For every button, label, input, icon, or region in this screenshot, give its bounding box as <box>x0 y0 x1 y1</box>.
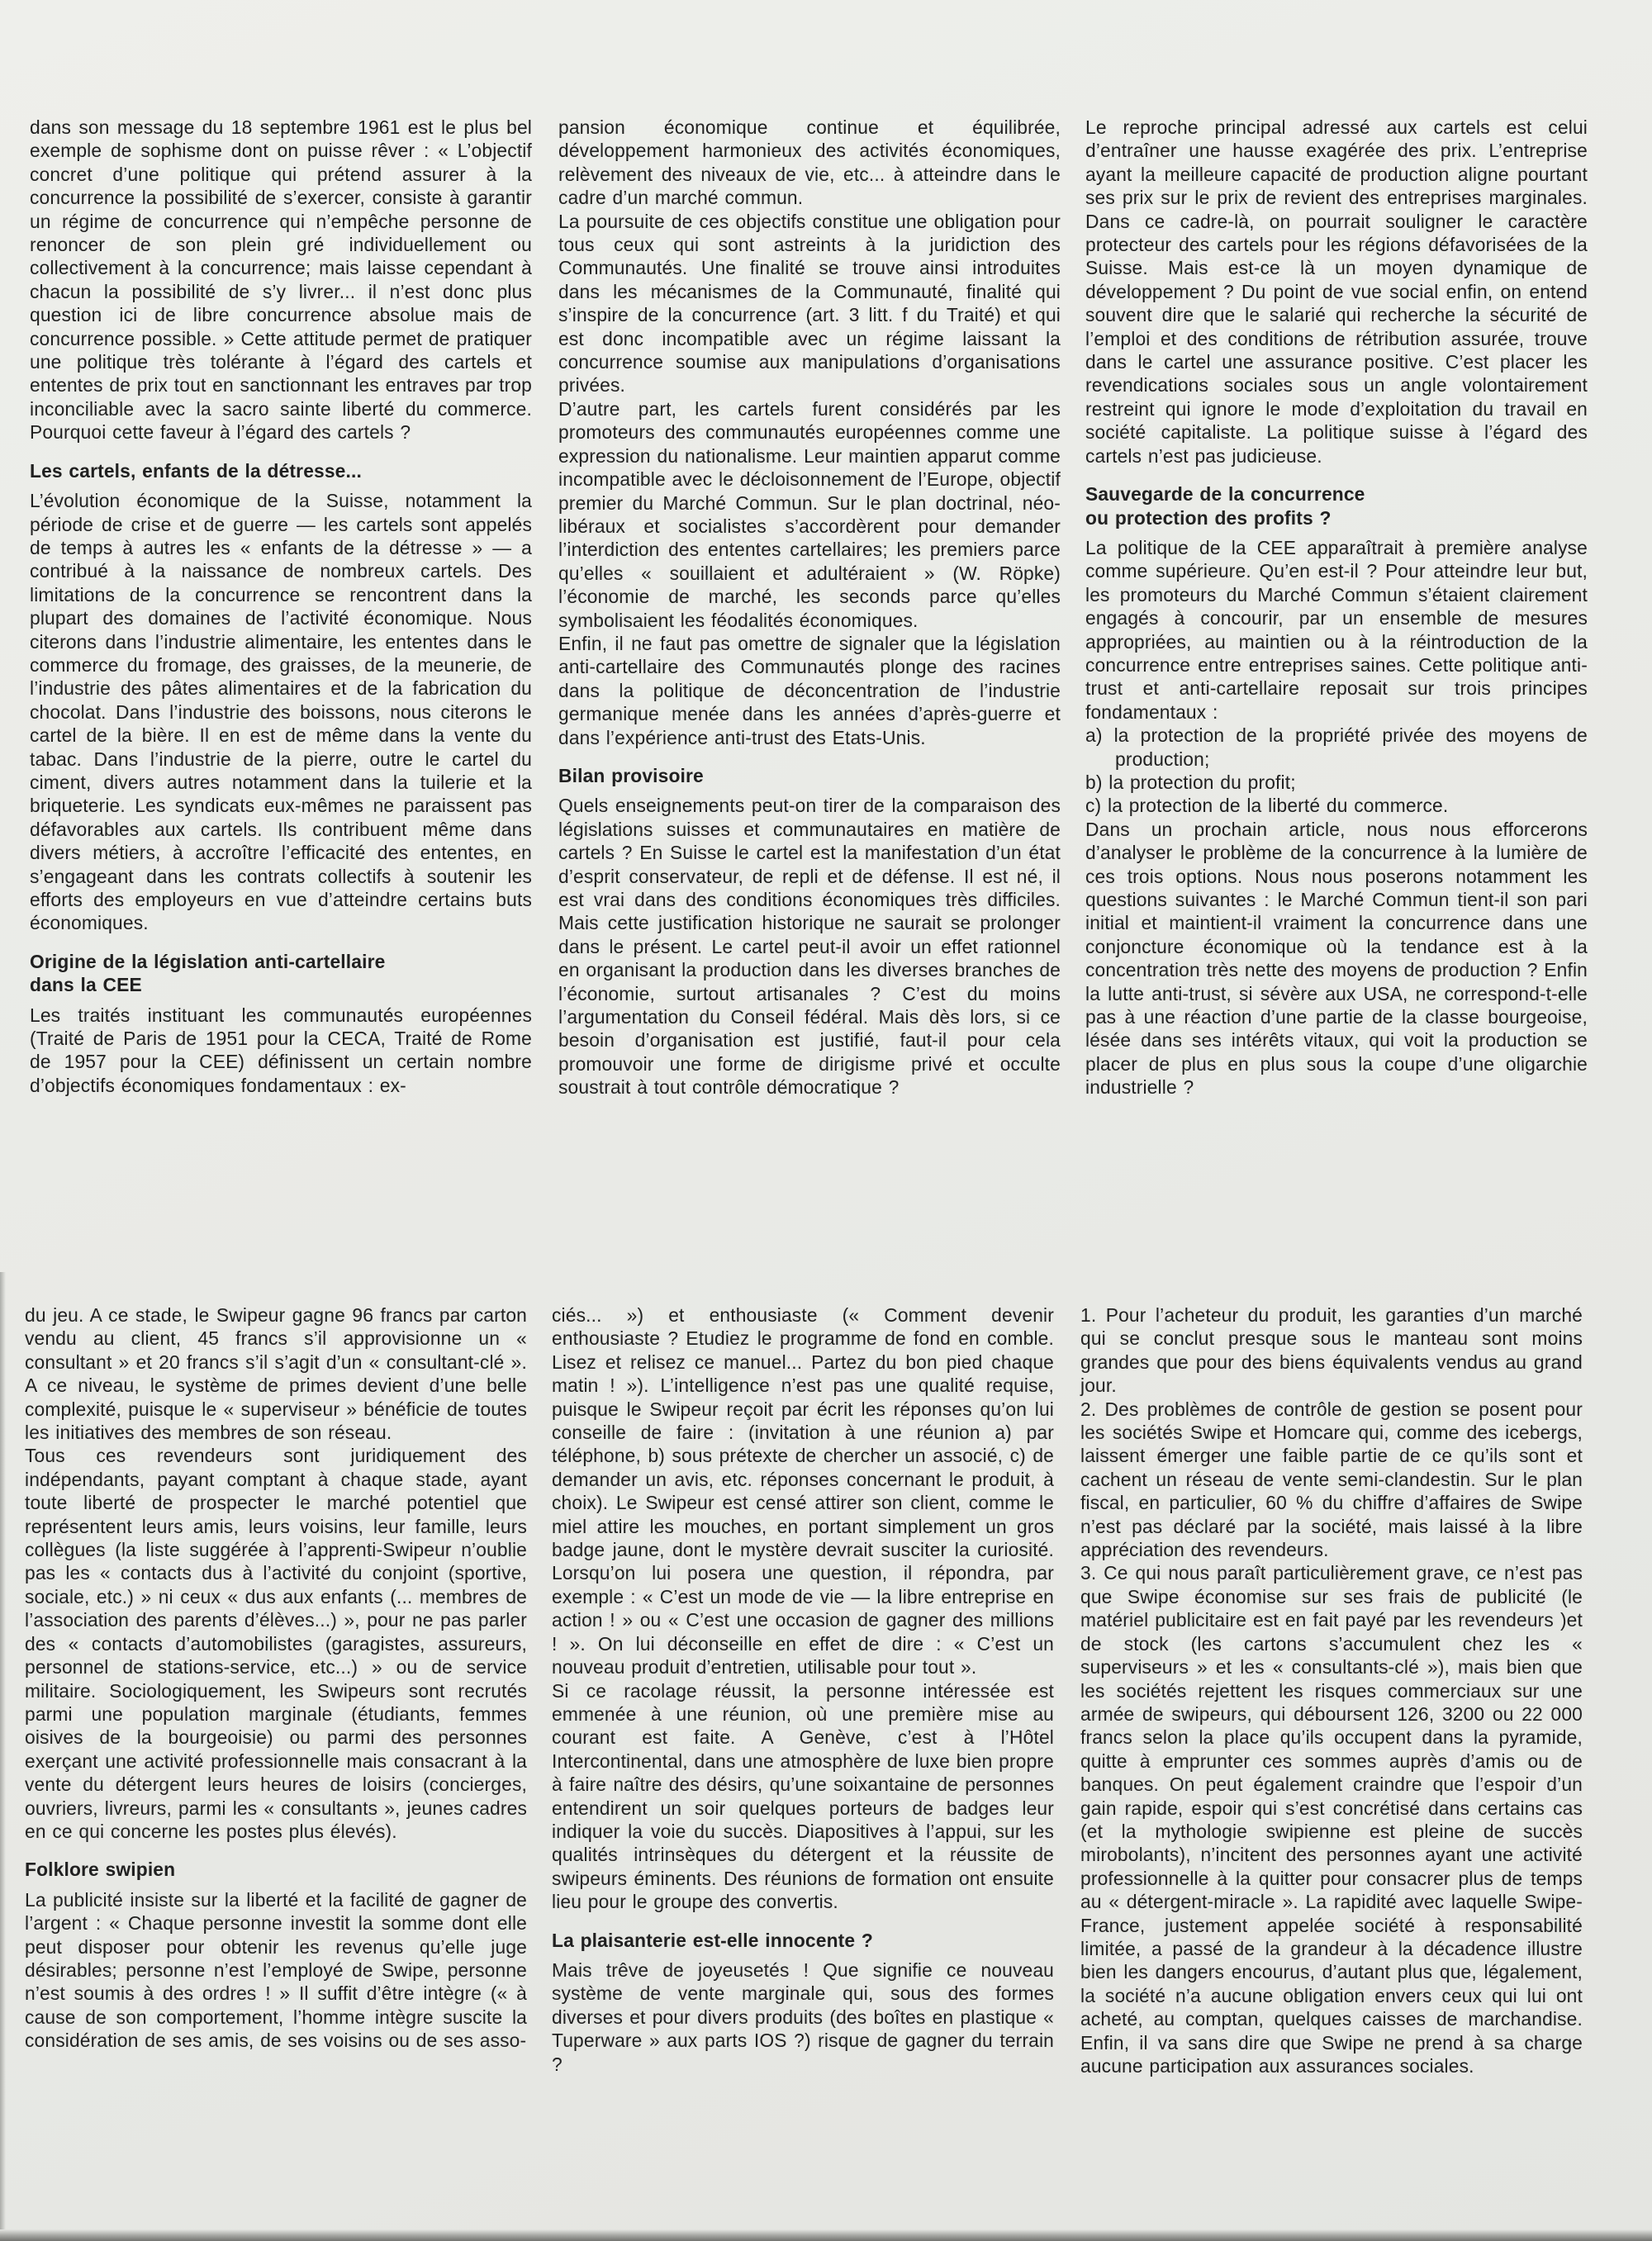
paragraph: du jeu. A ce stade, le Swipeur gagne 96 … <box>25 1303 527 1444</box>
paragraph: L’évolution économique de la Suisse, not… <box>30 489 532 935</box>
magazine-page: dans son message du 18 septembre 1961 es… <box>0 0 1652 2241</box>
section-heading: Bilan provisoire <box>558 764 1061 787</box>
section-heading: Sauvegarde de la concurrence ou protecti… <box>1085 482 1588 529</box>
paragraph: Quels enseignements peut-on tirer de la … <box>558 794 1061 1099</box>
section-heading: Origine de la législation anti-cartellai… <box>30 950 532 997</box>
paragraph: Mais trêve de joyeusetés ! Que signifie … <box>552 1959 1054 2076</box>
bottom-middle-column: ciés... ») et enthousiaste (« Comment de… <box>552 1303 1054 2076</box>
paragraph: Tous ces revendeurs sont juridiquement d… <box>25 1444 527 1843</box>
numbered-paragraph: 1. Pour l’acheteur du produit, les garan… <box>1080 1303 1583 1398</box>
paragraph: Le reproche principal adressé aux cartel… <box>1085 116 1588 468</box>
section-heading: Les cartels, enfants de la détresse... <box>30 459 532 482</box>
section-heading: Folklore swipien <box>25 1858 527 1881</box>
numbered-paragraph: 2. Des problèmes de contrôle de gestion … <box>1080 1398 1583 1562</box>
paragraph: Dans un prochain article, nous nous effo… <box>1085 818 1588 1099</box>
top-right-column: Le reproche principal adressé aux cartel… <box>1085 116 1588 1099</box>
scan-edge-bottom <box>0 2229 1652 2241</box>
paragraph: La poursuite de ces objectifs constitue … <box>558 210 1061 397</box>
paragraph: Enfin, il ne faut pas omettre de signale… <box>558 632 1061 749</box>
paragraph: pansion économique continue et équilibré… <box>558 116 1061 210</box>
paragraph: Les traités instituant les communautés e… <box>30 1004 532 1098</box>
list-item: c) la protection de la liberté du commer… <box>1085 794 1588 817</box>
numbered-paragraph: 3. Ce qui nous paraît particulièrement g… <box>1080 1561 1583 2077</box>
list-item: b) la protection du profit; <box>1085 771 1588 794</box>
top-left-column: dans son message du 18 septembre 1961 es… <box>30 116 532 1097</box>
bottom-right-column: 1. Pour l’acheteur du produit, les garan… <box>1080 1303 1583 2077</box>
list-item: a) la protection de la propriété privée … <box>1085 724 1588 771</box>
paragraph: dans son message du 18 septembre 1961 es… <box>30 116 532 444</box>
paragraph: ciés... ») et enthousiaste (« Comment de… <box>552 1303 1054 1679</box>
scan-edge-left <box>0 1272 6 2241</box>
paragraph: La publicité insiste sur la liberté et l… <box>25 1888 527 2053</box>
paragraph: D’autre part, les cartels furent considé… <box>558 397 1061 632</box>
paragraph: La politique de la CEE apparaîtrait à pr… <box>1085 536 1588 724</box>
top-middle-column: pansion économique continue et équilibré… <box>558 116 1061 1099</box>
paragraph: Si ce racolage réussit, la personne inté… <box>552 1679 1054 1914</box>
bottom-left-column: du jeu. A ce stade, le Swipeur gagne 96 … <box>25 1303 527 2053</box>
section-heading: La plaisanterie est-elle innocente ? <box>552 1929 1054 1952</box>
